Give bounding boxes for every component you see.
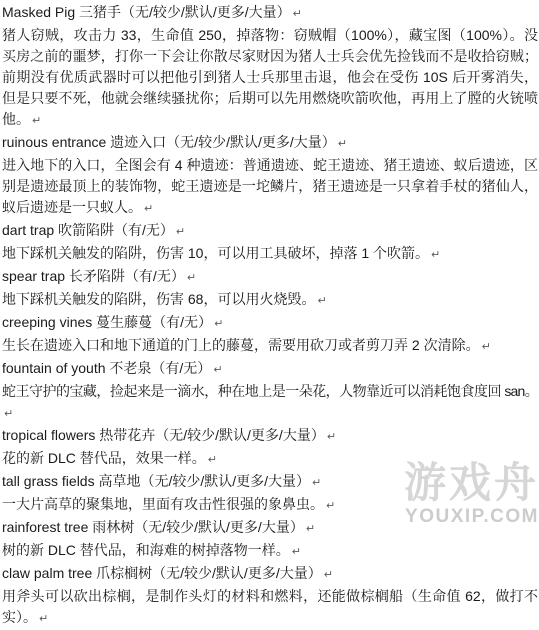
paragraph-mark-icon: ↵ [324,500,335,512]
entry-rainforest-tree: rainforest tree 雨林树（无/较少/默认/更多/大量）↵ 树的新 … [2,517,538,541]
paragraph-mark-icon: ↵ [30,115,41,127]
paragraph-mark-icon: ↵ [480,341,491,353]
entry-body: 一大片高草的聚集地，里面有攻击性很强的象鼻虫。↵ [2,494,538,517]
entry-body: 地下踩机关触发的陷阱，伤害 68，可以用火烧毁。↵ [2,289,538,312]
entry-title-text: Masked Pig 三猪手（无/较少/默认/更多/大量） [2,4,291,20]
entry-title: Masked Pig 三猪手（无/较少/默认/更多/大量）↵ [2,2,538,25]
entry-tall-grass-fields: tall grass fields 高草地（无/较少/默认/更多/大量）↵ 一大… [2,471,538,517]
entry-body: 生长在遗迹入口和地下通道的门上的藤蔓，需要用砍刀或者剪刀弄 2 次清除。↵ [2,335,538,358]
paragraph-mark-icon: ↵ [206,454,217,466]
entry-body: 猪人窃贼，攻击力 33，生命值 250，掉落物：窃贼帽（100%），藏宝图（10… [2,25,538,132]
entry-body: 蛇王守护的宝藏，捡起来是一滴水，种在地上是一朵花，人物靠近可以消耗饱食度回 sa… [2,381,538,425]
paragraph-mark-icon: ↵ [212,318,223,330]
entry-title: spear trap 长矛陷阱（有/无）↵ [2,266,538,289]
entry-title: tall grass fields 高草地（无/较少/默认/更多/大量）↵ [2,471,538,494]
entry-spear-trap: spear trap 长矛陷阱（有/无）↵ 地下踩机关触发的陷阱，伤害 68，可… [2,266,538,312]
entry-body-text: 生长在遗迹入口和地下通道的门上的藤蔓，需要用砍刀或者剪刀弄 2 次清除。 [2,337,480,353]
paragraph-mark-icon: ↵ [315,295,326,307]
entry-title: ruinous entrance 遗迹入口（无/较少/默认/更多/大量）↵ [2,132,538,155]
entry-body-text: 一大片高草的聚集地，里面有攻击性很强的象鼻虫。 [2,496,324,512]
paragraph-mark-icon: ↵ [429,249,440,261]
entry-title: fountain of youth 不老泉（有/无）↵ [2,358,538,381]
entry-masked-pig: Masked Pig 三猪手（无/较少/默认/更多/大量）↵ 猪人窃贼，攻击力 … [2,2,538,132]
entry-creeping-vines: creeping vines 蔓生藤蔓（有/无）↵ 生长在遗迹入口和地下通道的门… [2,312,538,358]
paragraph-mark-icon: ↵ [336,138,347,150]
paragraph-mark-icon: ↵ [174,226,185,238]
entry-title-text: tall grass fields 高草地（无/较少/默认/更多/大量） [2,473,310,489]
entry-title: creeping vines 蔓生藤蔓（有/无）↵ [2,312,538,335]
paragraph-mark-icon: ↵ [304,523,315,535]
paragraph-mark-icon: ↵ [211,364,222,376]
entry-title-text: ruinous entrance 遗迹入口（无/较少/默认/更多/大量） [2,134,336,150]
paragraph-mark-icon: ↵ [310,477,321,489]
entry-title: tropical flowers 热带花卉（无/较少/默认/更多/大量）↵ [2,425,538,448]
entry-tropical-flowers: tropical flowers 热带花卉（无/较少/默认/更多/大量）↵ 花的… [2,425,538,471]
paragraph-mark-icon: ↵ [2,408,13,420]
entry-title: rainforest tree 雨林树（无/较少/默认/更多/大量）↵ [2,517,538,540]
entry-title-text: fountain of youth 不老泉（有/无） [2,360,211,376]
entry-title-text: creeping vines 蔓生藤蔓（有/无） [2,314,212,330]
entry-dart-trap: dart trap 吹箭陷阱（有/无）↵ 地下踩机关触发的陷阱，伤害 10，可以… [2,220,538,266]
paragraph-mark-icon: ↵ [185,272,196,284]
entry-title-text: tropical flowers 热带花卉（无/较少/默认/更多/大量） [2,427,325,443]
entry-ruinous-entrance: ruinous entrance 遗迹入口（无/较少/默认/更多/大量）↵ 进入… [2,132,538,220]
entry-body-text: 地下踩机关触发的陷阱，伤害 10，可以用工具破坏，掉落 1 个吹箭。 [2,245,429,261]
entry-fountain-of-youth: fountain of youth 不老泉（有/无）↵ 蛇王守护的宝藏，捡起来是… [2,358,538,425]
entry-body-text: 猪人窃贼，攻击力 33，生命值 250，掉落物：窃贼帽（100%），藏宝图（10… [2,27,538,127]
entry-body-text: 进入地下的入口，全图会有 4 种遗迹：普通遗迹、蛇王遗迹、猪王遗迹、蚁后遗迹，区… [2,157,538,215]
entry-body-text: 花的新 DLC 替代品，效果一样。 [2,450,206,466]
entry-title-text: rainforest tree 雨林树（无/较少/默认/更多/大量） [2,519,304,535]
paragraph-mark-icon: ↵ [291,8,302,20]
entry-body: 花的新 DLC 替代品，效果一样。↵ [2,448,538,471]
entry-body-text: 地下踩机关触发的陷阱，伤害 68，可以用火烧毁。 [2,291,315,307]
entry-title-text: dart trap 吹箭陷阱（有/无） [2,222,174,238]
paragraph-mark-icon: ↵ [142,203,153,215]
entry-body-text: 蛇王守护的宝藏，捡起来是一滴水，种在地上是一朵花，人物靠近可以消耗饱食度回 sa… [2,383,538,399]
entry-body: 进入地下的入口，全图会有 4 种遗迹：普通遗迹、蛇王遗迹、猪王遗迹、蚁后遗迹，区… [2,155,538,220]
entry-title-text: spear trap 长矛陷阱（有/无） [2,268,185,284]
entry-body: 地下踩机关触发的陷阱，伤害 10，可以用工具破坏，掉落 1 个吹箭。↵ [2,243,538,266]
paragraph-mark-icon: ↵ [325,431,336,443]
document-page: Masked Pig 三猪手（无/较少/默认/更多/大量）↵ 猪人窃贼，攻击力 … [0,0,539,541]
entry-title: dart trap 吹箭陷阱（有/无）↵ [2,220,538,243]
